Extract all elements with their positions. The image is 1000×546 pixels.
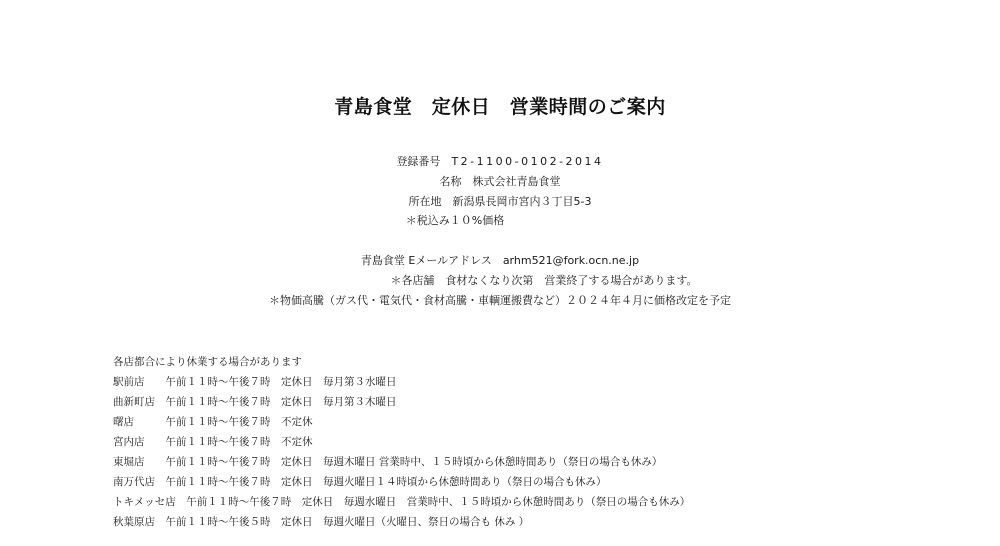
list-item: 南万代店 午前１１時〜午後７時 定休日 毎週火曜日１４時頃から休憩時間あり（祭日… (113, 472, 690, 492)
list-item: トキメッセ店 午前１１時〜午後７時 定休日 毎週水曜日 営業時中、１５時頃から休… (113, 492, 690, 512)
tax-note: ＊税込み１０%価格 (0, 214, 1000, 228)
registration-line: 登録番号 T2-1100-0102-2014 (0, 155, 1000, 169)
list-item: 曙店 午前１１時〜午後７時 不定休 (113, 412, 690, 432)
company-name-line: 名称 株式会社青島食堂 (0, 175, 1000, 189)
registration-number: T2-1100-0102-2014 (451, 155, 603, 168)
email-label: 青島食堂 Eメールアドレス (361, 254, 492, 267)
email-value[interactable]: arhm521@fork.ocn.ne.jp (503, 254, 639, 267)
list-item: 駅前店 午前１１時〜午後７時 定休日 毎月第３水曜日 (113, 372, 690, 392)
store-list-intro: 各店都合により休業する場合があります (113, 352, 690, 372)
ingredients-notice: ＊各店舗 食材なくなり次第 営業終了する場合があります。 (0, 274, 1000, 288)
list-item: 東堀店 午前１１時〜午後７時 定休日 毎週木曜日 営業時中、１５時頃から休憩時間… (113, 452, 690, 472)
address-label: 所在地 (409, 195, 442, 208)
registration-label: 登録番号 (396, 155, 440, 168)
page-title: 青島食堂 定休日 営業時間のご案内 (0, 92, 1000, 119)
company-name-label: 名称 (440, 175, 462, 188)
list-item: 宮内店 午前１１時〜午後７時 不定休 (113, 432, 690, 452)
company-name-value: 株式会社青島食堂 (473, 175, 561, 188)
store-hours-list: 各店都合により休業する場合があります 駅前店 午前１１時〜午後７時 定休日 毎月… (113, 352, 690, 532)
address-line: 所在地 新潟県長岡市宮内３丁目5-3 (0, 195, 1000, 209)
list-item: 曲新町店 午前１１時〜午後７時 定休日 毎月第３木曜日 (113, 392, 690, 412)
address-value: 新潟県長岡市宮内３丁目5-3 (453, 195, 592, 208)
email-line: 青島食堂 Eメールアドレス arhm521@fork.ocn.ne.jp (0, 254, 1000, 268)
list-item: 秋葉原店 午前１１時〜午後５時 定休日 毎週火曜日（火曜日、祭日の場合も 休み … (113, 512, 690, 532)
price-revision-notice: ＊物価高騰（ガス代・電気代・食材高騰・車輌運搬費など）２０２４年４月に価格改定を… (0, 294, 1000, 308)
